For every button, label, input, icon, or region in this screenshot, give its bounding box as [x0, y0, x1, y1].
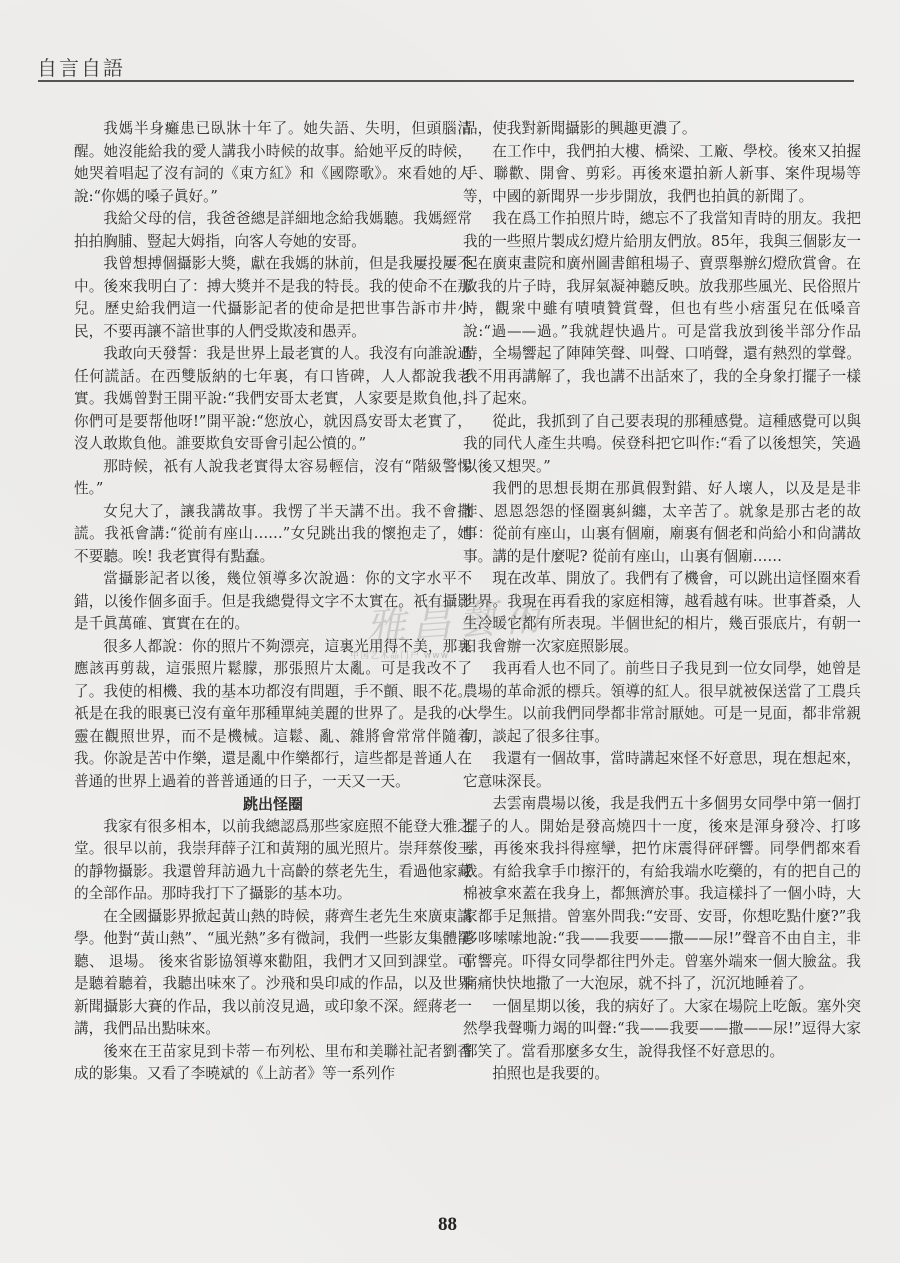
paragraph: 我家有很多相本，以前我總認爲那些家庭照不能登大雅之堂。很早以前，我崇拜薛子江和黃…	[74, 816, 472, 906]
paragraph-continuation: 品，使我對新聞攝影的興趣更濃了。	[463, 118, 861, 141]
section-heading: 跳出怪圈	[74, 793, 472, 816]
paragraph: 我敢向天發誓：我是世界上最老實的人。我沒有向誰說過任何謊話。在西雙版納的七年裏，…	[74, 343, 472, 456]
paragraph: 我給父母的信，我爸爸總是詳細地念給我媽聽。我媽經常拍拍胸脯、豎起大姆指，向客人夸…	[74, 208, 472, 253]
left-column: 我媽半身癱患已臥牀十年了。她失語、失明，但頭腦清醒。她沒能給我的愛人講我小時候的…	[74, 118, 472, 1086]
paragraph: 在工作中，我們拍大樓、橋梁、工廠、學校。後來又拍握手、聯歡、開會、剪彩。再後來還…	[463, 141, 861, 209]
paragraph: 從此，我抓到了自己要表現的那種感覺。這種感覺可以與我的同代人產生共鳴。侯登科把它…	[463, 411, 861, 479]
paragraph: 在全國攝影界掀起黃山熱的時候，蔣齊生老先生來廣東講學。他對“黃山熱”、“風光熱”…	[74, 906, 472, 1041]
paragraph: 我們的思想長期在那眞假對錯、好人壞人，以及是是非非、恩恩怨怨的怪圈裏糾纏，太辛苦…	[463, 478, 861, 568]
paragraph: 那時候，祇有人說我老實得太容易輕信，沒有“階級警惕性。”	[74, 456, 472, 501]
paragraph: 我還有一個故事，當時講起來怪不好意思，現在想起來，它意味深長。	[463, 748, 861, 793]
paragraph: 女兒大了，讓我講故事。我愣了半天講不出。我不會撒謊。我祇會講:“從前有座山……”…	[74, 501, 472, 569]
paragraph: 我媽半身癱患已臥牀十年了。她失語、失明，但頭腦清醒。她沒能給我的愛人講我小時候的…	[74, 118, 472, 208]
paragraph: 當攝影記者以後，幾位領導多次說過：你的文字水平不錯，以後作個多面手。但是我總覺得…	[74, 568, 472, 636]
header-rule	[38, 80, 854, 82]
paragraph: 現在改革、開放了。我們有了機會，可以跳出這怪圈來看世界。我現在再看我的家庭相簿，…	[463, 568, 861, 658]
paragraph: 一個星期以後，我的病好了。大家在場院上吃飯。塞外突然學我聲嘶力竭的叫聲:“我——…	[463, 996, 861, 1064]
book-page: 自言自語 我媽半身癱患已臥牀十年了。她失語、失明，但頭腦清醒。她沒能給我的愛人講…	[0, 0, 900, 1263]
paragraph: 去雲南農場以後，我是我們五十多個男女同學中第一個打擺子的人。開始是發高燒四十一度…	[463, 793, 861, 996]
paragraph: 我再看人也不同了。前些日子我見到一位女同學，她曾是農場的革命派的標兵。領導的紅人…	[463, 658, 861, 748]
paragraph: 後來在王苗家見到卡蒂－布列松、里布和美聯社記者劉香成的影集。又看了李曉斌的《上訪…	[74, 1041, 472, 1086]
right-column: 品，使我對新聞攝影的興趣更濃了。 在工作中，我們拍大樓、橋梁、工廠、學校。後來又…	[463, 118, 861, 1086]
paragraph: 我在爲工作拍照片時，總忘不了我當知青時的朋友。我把我的一些照片製成幻燈片給朋友們…	[463, 208, 861, 411]
paragraph: 我曾想搏個攝影大獎，獻在我媽的牀前，但是我屢投屢不中。後來我明白了：搏大獎并不是…	[74, 253, 472, 343]
running-header-title: 自言自語	[37, 52, 125, 81]
paragraph: 很多人都說：你的照片不夠漂亮，這裏光用得不美，那裏應該再剪裁，這張照片鬆朦，那張…	[74, 636, 472, 794]
page-number: 88	[438, 1214, 457, 1236]
paragraph: 拍照也是我要的。	[463, 1063, 861, 1086]
